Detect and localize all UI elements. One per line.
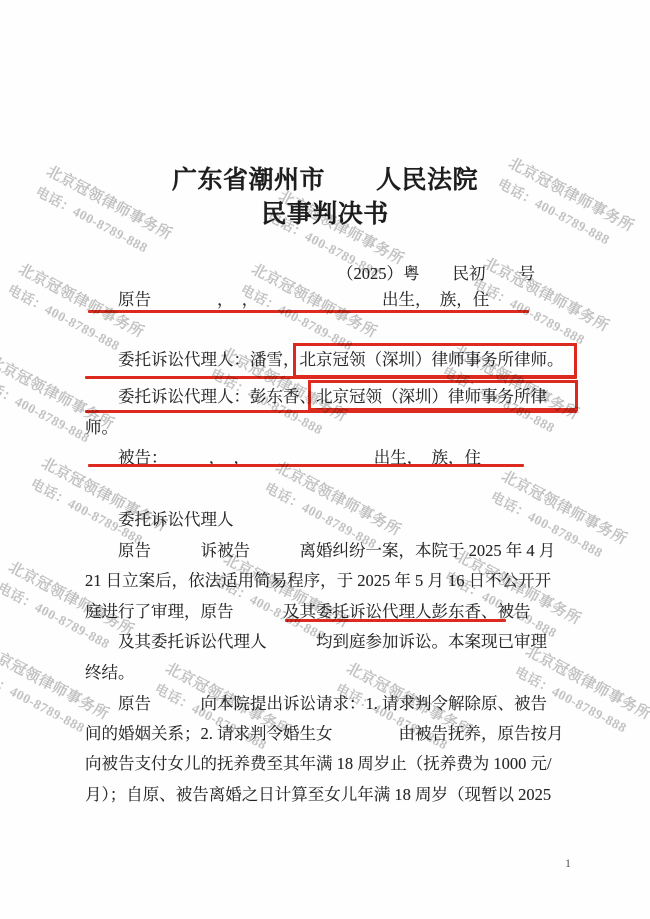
line-filing: 21 日立案后，依法适用简易程序，于 2025 年 5 月 16 日不公开开 [85, 570, 551, 592]
court-title: 广东省潮州市 人民法院 [0, 160, 650, 196]
line-attendance: 及其委托诉讼代理人 均到庭参加诉讼。本案现已审理 [85, 631, 547, 653]
line-claims-4: 月）；自原、被告离婚之日计算至女儿年满 18 周岁（现暂以 2025 [85, 784, 551, 806]
redline-agent-underline [285, 619, 506, 622]
red-box-attorney1-firm [293, 343, 577, 378]
redline-attorney1-underline [85, 376, 577, 379]
redline-plaintiff-underline [88, 310, 529, 313]
redline-defendant-underline [88, 464, 524, 467]
line-claims-1: 原告 向本院提出诉讼请求：1. 请求判令解除原、被告 [85, 693, 547, 715]
line-concluded: 终结。 [85, 662, 135, 684]
line-case-intro: 原告 诉被告 离婚纠纷一案，本院于 2025 年 4 月 [85, 540, 555, 562]
red-box-attorney2-firm [308, 380, 578, 411]
document-text-layer: 广东省潮州市 人民法院 民事判决书 （2025）粤 民初 号 原告 ， ， 出生… [0, 0, 650, 919]
case-number: （2025）粤 民初 号 [337, 260, 535, 284]
line-defendant-agent: 委托诉讼代理人 [85, 509, 234, 531]
line-plaintiff: 原告 ， ， 出生， 族，住 [85, 289, 489, 311]
redline-attorney2-underline [85, 410, 577, 413]
line-claims-2: 间的婚姻关系；2. 请求判令婚生女 由被告抚养，原告按月 [85, 723, 564, 745]
line-attorney2-cont: 师。 [85, 417, 118, 439]
page-number: 1 [565, 856, 571, 871]
judgment-page: 广东省潮州市 人民法院 民事判决书 （2025）粤 民初 号 原告 ， ， 出生… [0, 0, 650, 919]
line-claims-3: 向被告支付女儿的抚养费至其年满 18 周岁止（抚养费为 1000 元/ [85, 753, 552, 775]
document-type-title: 民事判决书 [0, 194, 650, 230]
